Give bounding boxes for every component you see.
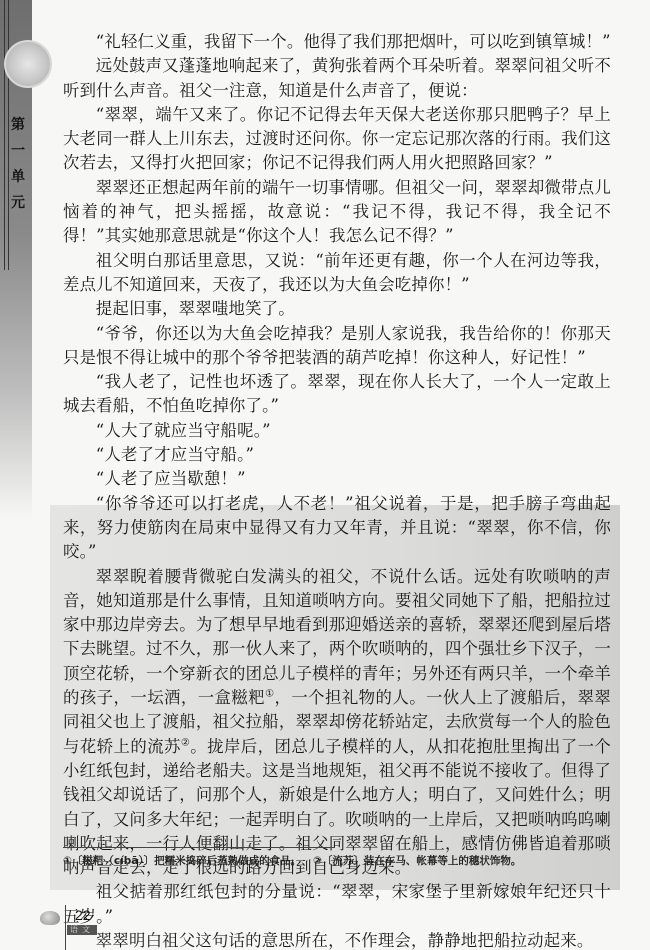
paragraph: “爷爷，你还以为大鱼会吃掉我？是别人家说我，我告给你的！你那天只是恨不得让城中的… bbox=[63, 322, 611, 371]
footer-divider bbox=[65, 905, 66, 950]
paragraph: “礼轻仁义重，我留下一个。他得了我们那把烟叶，可以吃到镇筸城！” bbox=[63, 30, 611, 54]
snail-icon bbox=[40, 911, 60, 925]
subject-tag: 语文 bbox=[67, 925, 97, 935]
paragraph: “人老了应当歇憩！” bbox=[63, 467, 611, 491]
paragraph: “人老了才应当守船。” bbox=[63, 443, 611, 467]
paragraph: “翠翠，端午又来了。你记不记得去年天保大老送你那只肥鸭子？早上大老同一群人上川东… bbox=[63, 103, 611, 176]
paragraph: “人大了就应当守船呢。” bbox=[63, 419, 611, 443]
unit-label: 第一单元 bbox=[8, 112, 28, 216]
dragon-emblem-icon bbox=[4, 40, 52, 88]
paragraph: 祖父掂着那红纸包封的分量说：“翠翠，宋家堡子里新嫁娘年纪还只十五岁。” bbox=[63, 880, 611, 929]
page-number: 22 bbox=[75, 907, 91, 923]
footnote-1: ①〔糍粑（cíbā）〕把糯米捣碎后蒸熟做成的食品。 bbox=[63, 853, 301, 868]
paragraph: “你爷爷还可以打老虎，人不老！”祖父说着，于是，把手膀子弯曲起来，努力使筋肉在局… bbox=[63, 492, 611, 565]
paragraph: 翠翠明白祖父这句话的意思所在，不作理会，静静地把船拉动起来。 bbox=[63, 929, 611, 950]
footnote-ref-2: ② bbox=[181, 737, 190, 748]
paragraph: “我人老了，记性也坏透了。翠翠，现在你人长大了，一个人一定敢上城去看船，不怕鱼吃… bbox=[63, 370, 611, 419]
footnote-2: ②〔流苏〕装在车马、帐幕等上的穗状饰物。 bbox=[313, 853, 521, 868]
paragraph: 翠翠还正想起两年前的端午一切事情哪。但祖父一问，翠翠却微带点儿恼着的神气，把头摇… bbox=[63, 176, 611, 249]
paragraph: 翠翠睨着腰背微驼白发满头的祖父，不说什么话。远处有吹唢呐的声音，她知道那是什么事… bbox=[63, 565, 611, 881]
paragraph: 远处鼓声又蓬蓬地响起来了，黄狗张着两个耳朵听着。翠翠问祖父听不听到什么声音。祖父… bbox=[63, 54, 611, 103]
body-text: “礼轻仁义重，我留下一个。他得了我们那把烟叶，可以吃到镇筸城！” 远处鼓声又蓬蓬… bbox=[63, 30, 611, 950]
paragraph: 祖父明白那话里意思，又说：“前年还更有趣，你一个人在河边等我，差点儿不知道回来，… bbox=[63, 249, 611, 298]
paragraph: 提起旧事，翠翠嗤地笑了。 bbox=[63, 297, 611, 321]
paragraph-text: 翠翠睨着腰背微驼白发满头的祖父，不说什么话。远处有吹唢呐的声音，她知道那是什么事… bbox=[63, 567, 611, 707]
footnote-divider bbox=[63, 847, 335, 848]
